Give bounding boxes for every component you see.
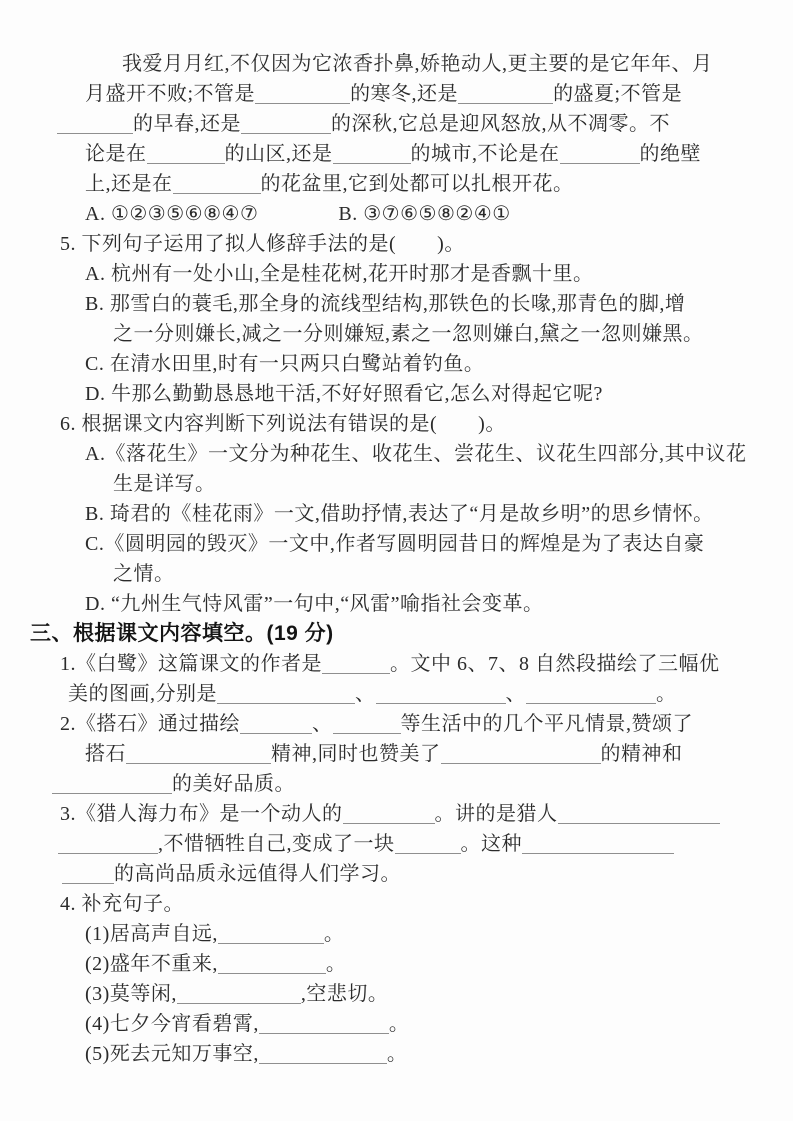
s3-q4-heading: 4. 补充句子。: [0, 889, 793, 919]
fill-in-blank: [218, 923, 324, 944]
text-run: 月盛开不败;不管是: [85, 83, 255, 105]
text-run: 5. 下列句子运用了拟人修辞手法的是( )。: [60, 233, 465, 255]
text-run: B. 那雪白的蓑毛,那全身的流线型结构,那铁色的长喙,那青色的脚,增: [85, 293, 685, 315]
passage-line-1: 我爱月月红,不仅因为它浓香扑鼻,娇艳动人,更主要的是它年年、月: [0, 49, 793, 79]
fill-in-blank: [259, 1013, 389, 1034]
text-run: B. ③⑦⑥⑤⑧②④①: [338, 203, 510, 225]
text-run: 的城市,不论是在: [411, 143, 560, 165]
fill-in-blank: [218, 953, 326, 974]
q5-option-b: B. 那雪白的蓑毛,那全身的流线型结构,那铁色的长喙,那青色的脚,增: [0, 289, 793, 319]
s3-q2-line-1: 2.《搭石》通过描绘、等生活中的几个平凡情景,赞颂了: [0, 709, 793, 739]
text-run: D. “九州生气恃风雷”一句中,“风雷”喻指社会变革。: [85, 593, 543, 615]
text-run: 。: [324, 923, 345, 945]
s3-q1-line-1: 1.《白鹭》这篇课文的作者是。文中 6、7、8 自然段描绘了三幅优: [0, 649, 793, 679]
passage-line-3: 的早春,还是的深秋,它总是迎风怒放,从不凋零。不: [0, 109, 793, 139]
text-run: 我爱月月红,不仅因为它浓香扑鼻,娇艳动人,更主要的是它年年、月: [122, 53, 713, 75]
question-5: 5. 下列句子运用了拟人修辞手法的是( )。: [0, 229, 793, 259]
passage-line-4: 论是在的山区,还是的城市,不论是在的绝壁: [0, 139, 793, 169]
text-run: A.《落花生》一文分为种花生、收花生、尝花生、议花生四部分,其中议花: [85, 443, 746, 465]
q5-option-b-cont: 之一分则嫌长,减之一分则嫌短,素之一忽则嫌白,黛之一忽则嫌黑。: [0, 319, 793, 349]
text-run: 的深秋,它总是迎风怒放,从不凋零。不: [331, 113, 670, 135]
text-run: (3)莫等闲,: [85, 983, 177, 1005]
text-run: 论是在: [85, 143, 147, 165]
text-run: 之一分则嫌长,减之一分则嫌短,素之一忽则嫌白,黛之一忽则嫌黑。: [113, 323, 704, 345]
text-run: 4. 补充句子。: [60, 893, 184, 915]
s3-q4-item-4: (4)七夕今宵看碧霄,。: [0, 1009, 793, 1039]
text-run: 。: [387, 1043, 408, 1065]
passage-line-5: 上,还是在的花盆里,它到处都可以扎根开花。: [0, 169, 793, 199]
text-run: 。讲的是猎人: [435, 803, 558, 825]
text-run: 的山区,还是: [225, 143, 333, 165]
fill-in-blank: [147, 143, 225, 164]
text-run: C. 在清水田里,时有一只两只白鹭站着钓鱼。: [85, 353, 484, 375]
q5-option-c: C. 在清水田里,时有一只两只白鹭站着钓鱼。: [0, 349, 793, 379]
text-run: 、: [355, 683, 376, 705]
s3-q4-item-5: (5)死去元知万事空,。: [0, 1039, 793, 1069]
text-run: 。: [389, 1013, 410, 1035]
fill-in-blank: [241, 113, 331, 134]
fill-in-blank: [322, 653, 390, 674]
text-run: 的精神和: [601, 743, 683, 765]
text-run: 的花盆里,它到处都可以扎根开花。: [261, 173, 574, 195]
s3-q1-line-2: 美的图画,分别是、、。: [0, 679, 793, 709]
text-run: 6. 根据课文内容判断下列说法有错误的是( )。: [60, 413, 506, 435]
fill-in-blank: [217, 683, 355, 704]
text-run: A. 杭州有一处小山,全是桂花树,花开时那才是香飘十里。: [85, 263, 593, 285]
s3-q4-item-1: (1)居高声自远,。: [0, 919, 793, 949]
text-run: A. ①②③⑤⑥⑧④⑦: [85, 203, 258, 225]
question-6: 6. 根据课文内容判断下列说法有错误的是( )。: [0, 409, 793, 439]
fill-in-blank: [558, 803, 720, 824]
q6-option-c: C.《圆明园的毁灭》一文中,作者写圆明园昔日的辉煌是为了表达自豪: [0, 529, 793, 559]
text-run: B. 琦君的《桂花雨》一文,借助抒情,表达了“月是故乡明”的思乡情怀。: [85, 503, 714, 525]
fill-in-blank: [62, 863, 114, 884]
text-run: 。文中 6、7、8 自然段描绘了三幅优: [390, 653, 720, 675]
fill-in-blank: [173, 173, 261, 194]
s3-q4-item-2: (2)盛年不重来,。: [0, 949, 793, 979]
fill-in-blank: [560, 143, 640, 164]
text-run: (4)七夕今宵看碧霄,: [85, 1013, 259, 1035]
text-run: C.《圆明园的毁灭》一文中,作者写圆明园昔日的辉煌是为了表达自豪: [85, 533, 704, 555]
text-run: 之情。: [113, 563, 175, 585]
fill-in-blank: [526, 683, 656, 704]
q5-option-d: D. 牛那么勤勤恳恳地干活,不好好照看它,怎么对得起它呢?: [0, 379, 793, 409]
fill-in-blank: [343, 803, 435, 824]
text-run: 1.《白鹭》这篇课文的作者是: [60, 653, 322, 675]
text-run: 三、根据课文内容填空。(19 分): [30, 622, 334, 645]
q6-option-c-cont: 之情。: [0, 559, 793, 589]
fill-in-blank: [441, 743, 601, 764]
text-run: 等生活中的几个平凡情景,赞颂了: [401, 713, 694, 735]
text-run: D. 牛那么勤勤恳恳地干活,不好好照看它,怎么对得起它呢?: [85, 383, 603, 405]
fill-in-blank: [376, 683, 506, 704]
spacing-gap: [258, 219, 338, 220]
s3-q2-line-2: 搭石精神,同时也赞美了的精神和: [0, 739, 793, 769]
s3-q3-line-2: ,不惜牺牲自己,变成了一块。这种: [0, 829, 793, 859]
text-run: 。: [656, 683, 677, 705]
text-run: 的绝壁: [640, 143, 702, 165]
text-run: ,空悲切。: [301, 983, 389, 1005]
order-options-ab: A. ①②③⑤⑥⑧④⑦B. ③⑦⑥⑤⑧②④①: [0, 199, 793, 229]
worksheet-page: 我爱月月红,不仅因为它浓香扑鼻,娇艳动人,更主要的是它年年、月月盛开不败;不管是…: [0, 0, 793, 1121]
text-run: (1)居高声自远,: [85, 923, 218, 945]
fill-in-blank: [58, 833, 158, 854]
fill-in-blank: [333, 713, 401, 734]
text-run: 。这种: [461, 833, 523, 855]
text-run: 2.《搭石》通过描绘: [60, 713, 240, 735]
text-run: (5)死去元知万事空,: [85, 1043, 259, 1065]
passage-line-2: 月盛开不败;不管是的寒冬,还是的盛夏;不管是: [0, 79, 793, 109]
text-run: 美的图画,分别是: [68, 683, 217, 705]
q6-option-a-cont: 生是详写。: [0, 469, 793, 499]
section-three-header: 三、根据课文内容填空。(19 分): [0, 619, 793, 649]
text-run: 、: [506, 683, 527, 705]
text-run: 的早春,还是: [133, 113, 241, 135]
text-run: 生是详写。: [113, 473, 216, 495]
text-run: 精神,同时也赞美了: [271, 743, 441, 765]
fill-in-blank: [240, 713, 312, 734]
fill-in-blank: [395, 833, 461, 854]
text-run: 、: [312, 713, 333, 735]
q6-option-d: D. “九州生气恃风雷”一句中,“风雷”喻指社会变革。: [0, 589, 793, 619]
text-run: 的盛夏;不管是: [553, 83, 682, 105]
s3-q3-line-1: 3.《猎人海力布》是一个动人的。讲的是猎人: [0, 799, 793, 829]
text-run: 3.《猎人海力布》是一个动人的: [60, 803, 343, 825]
s3-q3-line-3: 的高尚品质永远值得人们学习。: [0, 859, 793, 889]
fill-in-blank: [458, 83, 553, 104]
text-run: 搭石: [85, 743, 126, 765]
text-run: ,不惜牺牲自己,变成了一块: [158, 833, 395, 855]
fill-in-blank: [57, 113, 133, 134]
text-run: 的美好品质。: [172, 773, 295, 795]
text-run: 的寒冬,还是: [350, 83, 458, 105]
s3-q4-item-3: (3)莫等闲,,空悲切。: [0, 979, 793, 1009]
fill-in-blank: [333, 143, 411, 164]
fill-in-blank: [177, 983, 301, 1004]
fill-in-blank: [255, 83, 350, 104]
q6-option-a: A.《落花生》一文分为种花生、收花生、尝花生、议花生四部分,其中议花: [0, 439, 793, 469]
text-run: 上,还是在: [85, 173, 173, 195]
fill-in-blank: [126, 743, 271, 764]
text-run: 。: [326, 953, 347, 975]
q5-option-a: A. 杭州有一处小山,全是桂花树,花开时那才是香飘十里。: [0, 259, 793, 289]
fill-in-blank: [522, 833, 674, 854]
fill-in-blank: [52, 773, 172, 794]
text-run: 的高尚品质永远值得人们学习。: [114, 863, 401, 885]
s3-q2-line-3: 的美好品质。: [0, 769, 793, 799]
fill-in-blank: [259, 1043, 387, 1064]
q6-option-b: B. 琦君的《桂花雨》一文,借助抒情,表达了“月是故乡明”的思乡情怀。: [0, 499, 793, 529]
text-run: (2)盛年不重来,: [85, 953, 218, 975]
worksheet-content: 我爱月月红,不仅因为它浓香扑鼻,娇艳动人,更主要的是它年年、月月盛开不败;不管是…: [0, 49, 793, 1069]
